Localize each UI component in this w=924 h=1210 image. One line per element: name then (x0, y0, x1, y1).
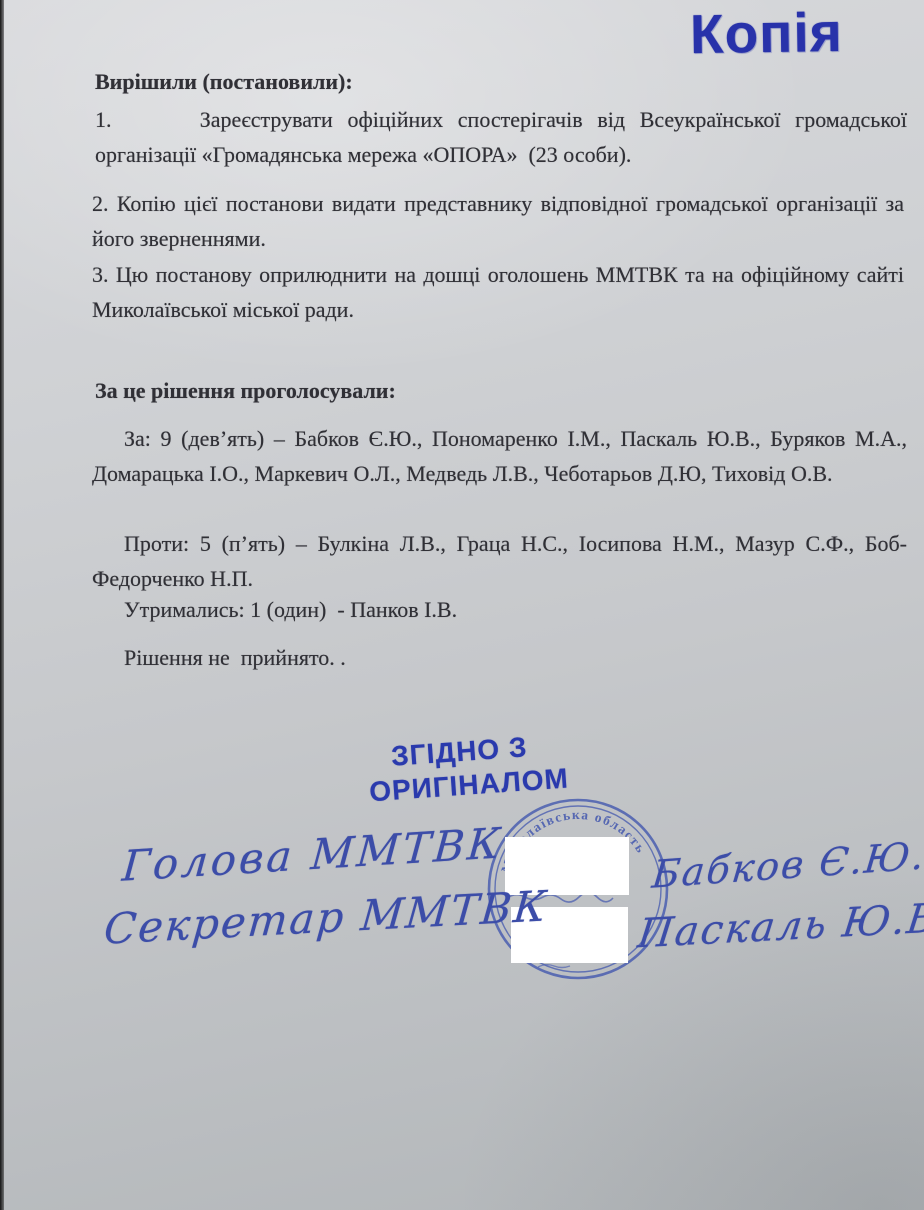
decision-heading: Вирішили (постановили): (95, 64, 353, 99)
copy-stamp: Копія (690, 0, 844, 66)
handwritten-signature-babkov: Бабков Є.Ю. (650, 833, 924, 897)
paragraph-3: 3. Цю постанову оприлюднити на дошці ого… (92, 257, 904, 327)
scan-edge-shadow (0, 0, 4, 1210)
vote-heading: За це рішення проголосували: (95, 373, 396, 408)
vote-for-line: За: 9 (дев’ять) – Бабков Є.Ю., Пономарен… (92, 421, 907, 491)
seal-bottom-mark (538, 965, 570, 968)
handwritten-signature-paskal: Паскаль Ю.В. (635, 895, 924, 958)
paragraph-2: 2. Копію цієї постанови видати представн… (92, 186, 904, 256)
vote-abstain-line: Утримались: 1 (один) - Панков І.В. (92, 592, 907, 627)
vote-against-line: Проти: 5 (п’ять) – Булкіна Л.В., Граца Н… (92, 526, 907, 596)
paragraph-1: 1. Зареєструвати офіційних спостерігачів… (95, 102, 907, 172)
handwritten-chairman-role: Голова ММТВК (120, 818, 505, 891)
decision-result-line: Рішення не прийнято. . (92, 640, 907, 675)
scanned-document-page: Копія Вирішили (постановили): 1. Зареєст… (0, 0, 924, 1210)
